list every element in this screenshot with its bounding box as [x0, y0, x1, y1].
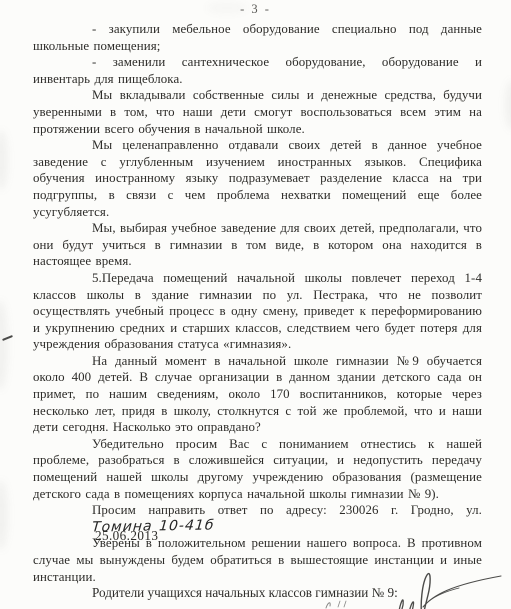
scan-smudge [0, 300, 8, 390]
paragraph-point-5: 5.Передача помещений начальной школы пов… [33, 270, 482, 353]
paragraph: Убедительно просим Вас с пониманием отне… [33, 436, 482, 502]
address-typed-text: Просим направить ответ по адресу: 230026… [92, 503, 482, 517]
scan-smudge [0, 480, 8, 550]
scan-smudge [505, 80, 511, 130]
margin-pen-mark [2, 335, 13, 341]
paragraph-list-item-2: - заменили сантехническое оборудование, … [33, 54, 482, 87]
scan-smudge [0, 130, 8, 190]
letter-body: - закупили мебельное оборудование специа… [33, 21, 482, 585]
paragraph: Мы, выбирая учебное заведение для своих … [33, 220, 482, 270]
letter-date: 25.06.2013 [95, 528, 158, 544]
page-number: - 3 - [0, 2, 511, 17]
scanned-letter-page: - 3 - - закупили мебельное оборудование … [0, 0, 511, 609]
paragraph: Мы целенаправленно отдавали своих детей … [33, 137, 482, 220]
paragraph: На данный момент в начальной школе гимна… [33, 353, 482, 436]
paragraph-list-item-1: - закупили мебельное оборудование специа… [33, 21, 482, 54]
signature-scribble [389, 561, 507, 609]
ink-mark [322, 598, 362, 609]
paragraph: Мы вкладывали собственные силы и денежны… [33, 87, 482, 137]
